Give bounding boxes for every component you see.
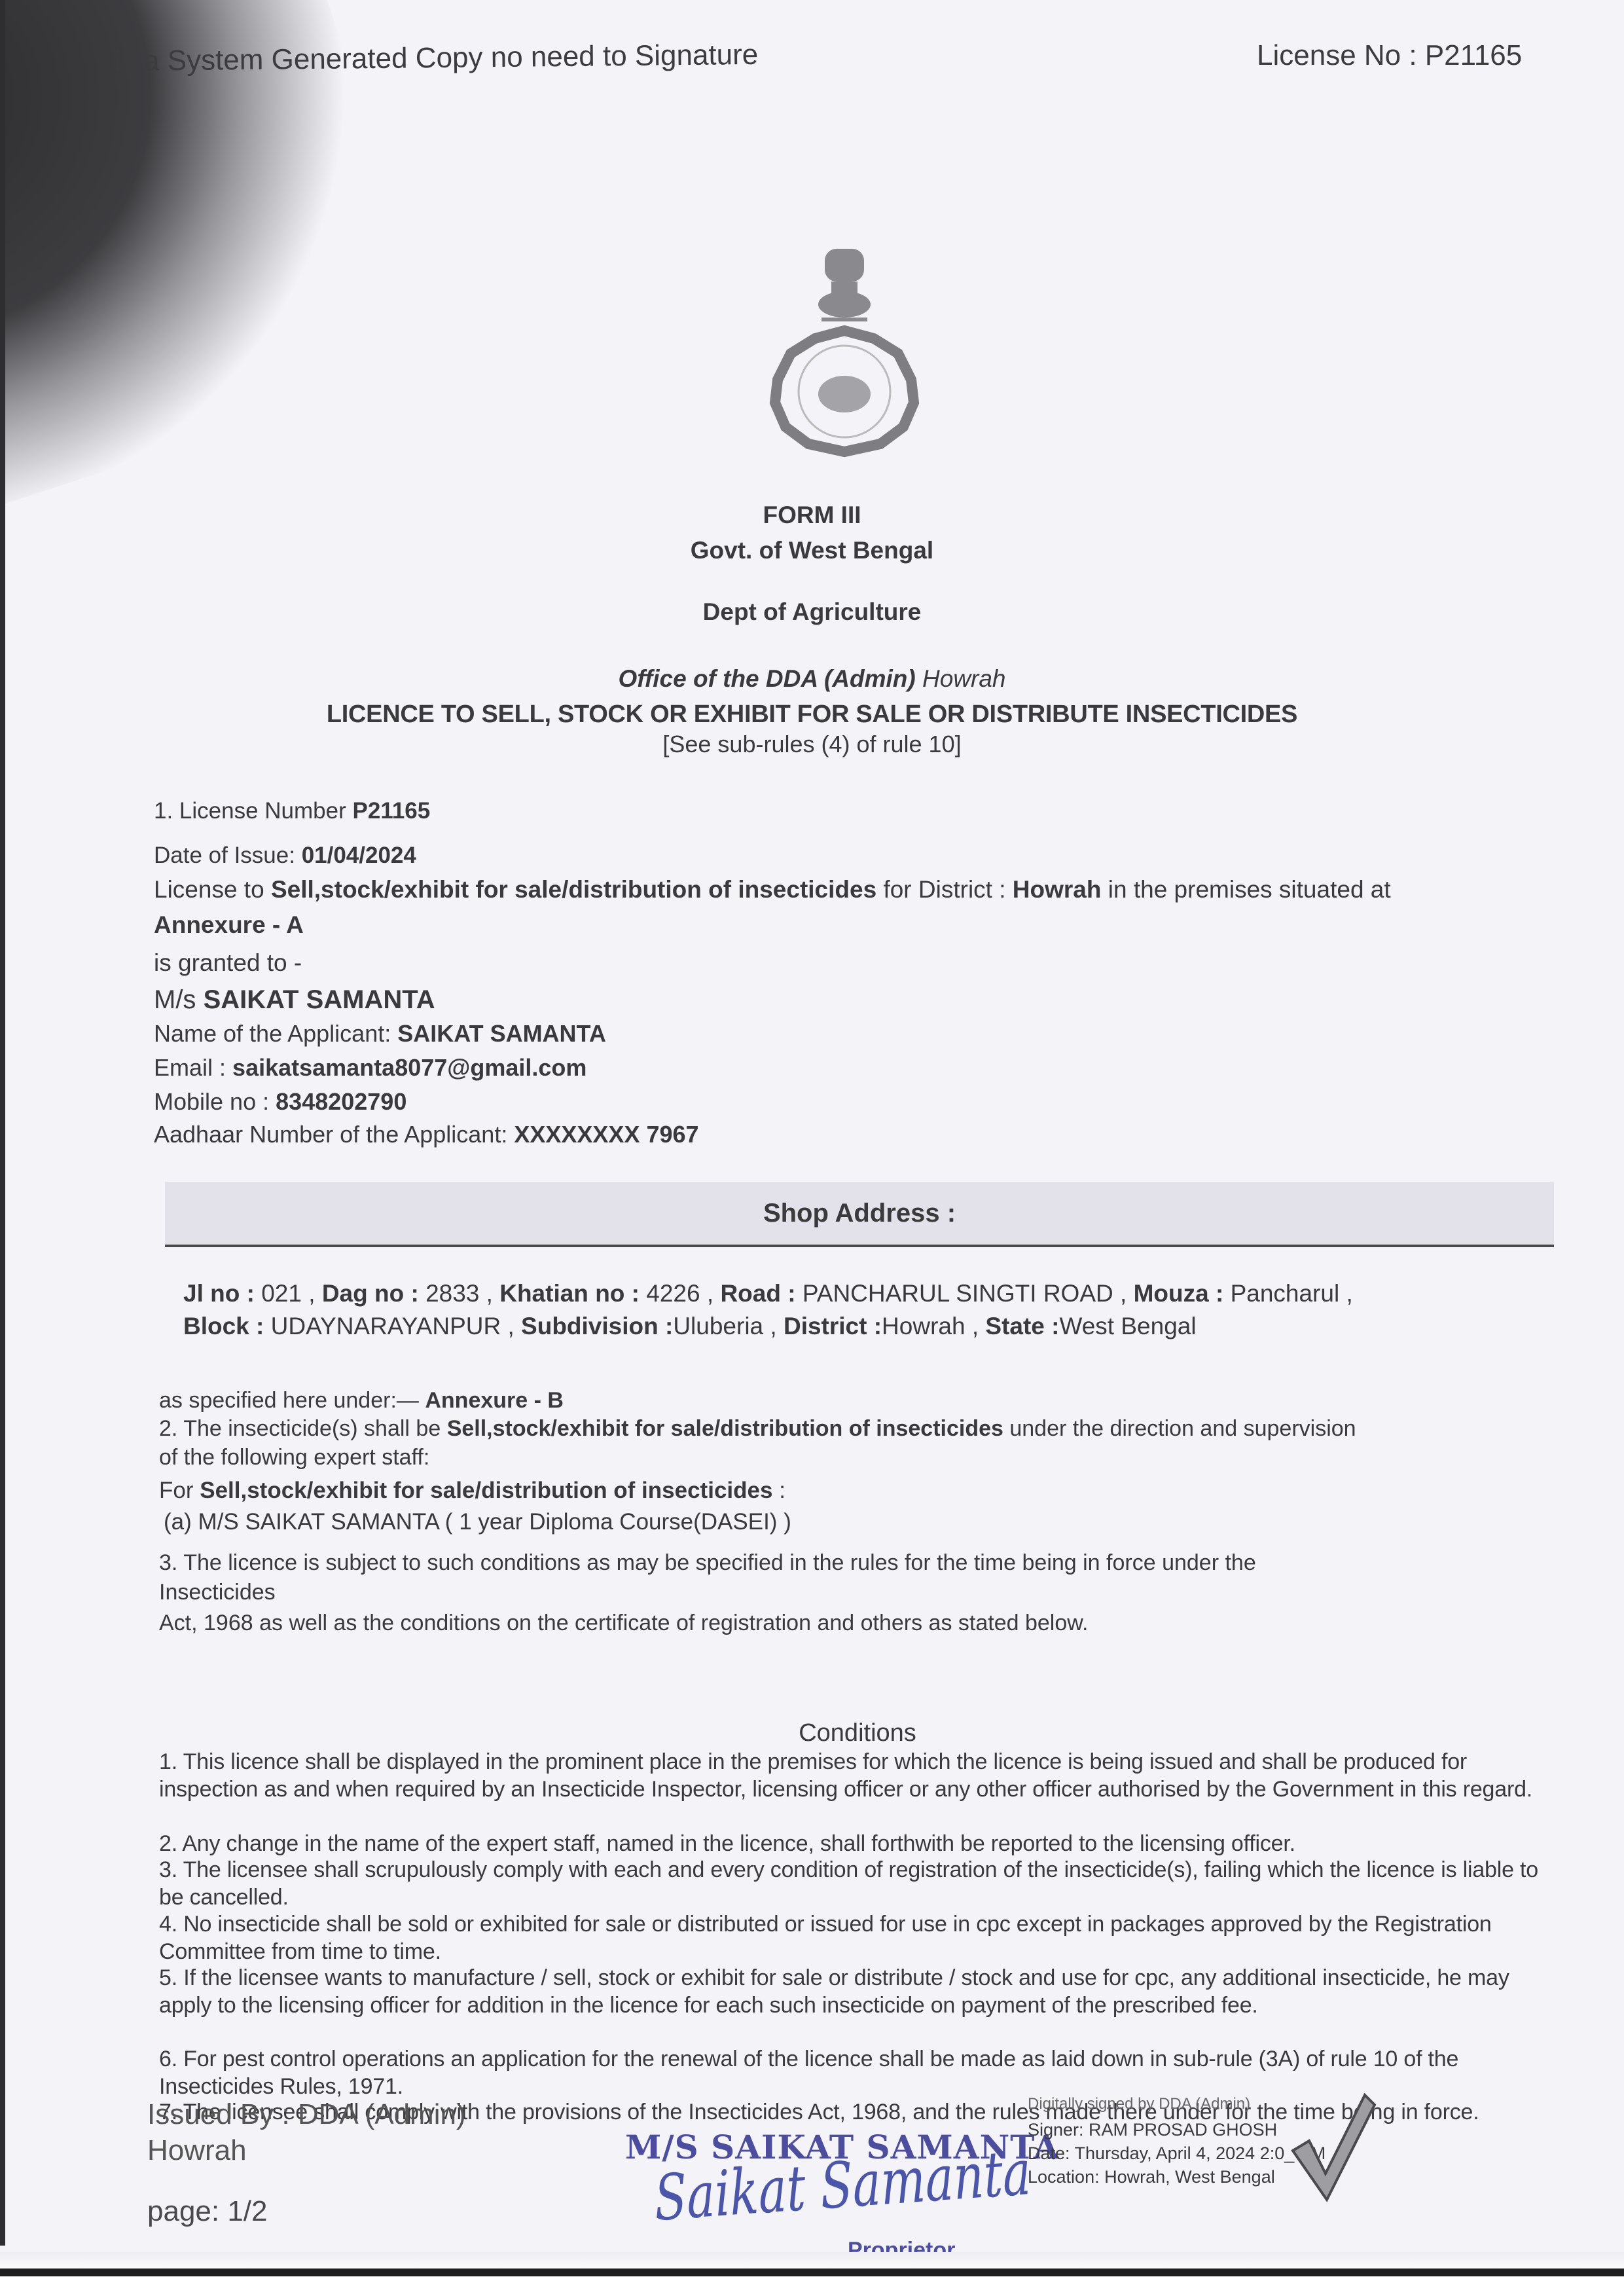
issue-date-line: Date of Issue: 01/04/2024 <box>154 843 416 869</box>
signature-date: Date: Thursday, April 4, 2024 2:0_ PM <box>1028 2143 1326 2164</box>
license-purpose-line: License to Sell,stock/exhibit for sale/d… <box>154 876 1391 903</box>
condition-5: 5. If the licensee wants to manufacture … <box>159 1964 1560 2019</box>
signer-name: Signer: RAM PROSAD GHOSH <box>1028 2120 1277 2140</box>
office-name: Office of the DDA (Admin) Howrah <box>0 665 1624 693</box>
shop-address-header: Shop Address : <box>165 1182 1554 1247</box>
license-no-label: License No : <box>1257 39 1417 71</box>
page-fold <box>0 2252 1624 2269</box>
firm-name-line: M/s SAIKAT SAMANTA <box>154 985 435 1015</box>
email-line: Email : saikatsamanta8077@gmail.com <box>154 1054 586 1082</box>
condition-3: 3. The licensee shall scrupulously compl… <box>159 1856 1560 1911</box>
section-3-line-3: Act, 1968 as well as the conditions on t… <box>159 1611 1088 1636</box>
mobile-line: Mobile no : 8348202790 <box>154 1088 406 1116</box>
page-number: page: 1/2 <box>147 2195 268 2228</box>
scan-edge-bottom <box>0 2269 1624 2276</box>
section-3-line-1: 3. The licence is subject to such condit… <box>159 1550 1256 1576</box>
scan-edge-left <box>0 0 5 2246</box>
annexure-b-line: as specified here under:— Annexure - B <box>159 1388 564 1413</box>
issued-by: Issued By : DDA (Admin) <box>147 2098 466 2131</box>
form-title: FORM III <box>0 501 1624 529</box>
scan-margin <box>0 2276 1624 2296</box>
system-generated-note: is a System Generated Copy no need to Si… <box>115 39 759 78</box>
granted-to: is granted to - <box>154 949 302 977</box>
shop-address-line-1: Jl no : 021 , Dag no : 2833 , Khatian no… <box>183 1280 1353 1307</box>
scan-shadow <box>0 0 444 527</box>
aadhaar-line: Aadhaar Number of the Applicant: XXXXXXX… <box>154 1121 699 1148</box>
annexure-a: Annexure - A <box>154 911 304 939</box>
condition-1: 1. This licence shall be displayed in th… <box>159 1748 1560 1803</box>
section-2-line-2: of the following expert staff: <box>159 1445 429 1470</box>
header-license-number: License No : P21165 <box>1257 39 1522 72</box>
section-2-for-line: For Sell,stock/exhibit for sale/distribu… <box>159 1478 785 1504</box>
condition-4: 4. No insecticide shall be sold or exhib… <box>159 1910 1560 1965</box>
shop-address-line-2: Block : UDAYNARAYANPUR , Subdivision :Ul… <box>183 1313 1197 1340</box>
conditions-heading: Conditions <box>0 1719 1624 1747</box>
license-number-line: 1. License Number P21165 <box>154 798 430 824</box>
digitally-signed-by: Digitally signed by DDA (Admin) <box>1028 2095 1250 2113</box>
applicant-name-line: Name of the Applicant: SAIKAT SAMANTA <box>154 1020 606 1048</box>
govt-name: Govt. of West Bengal <box>0 537 1624 564</box>
section-2-line-1: 2. The insecticide(s) shall be Sell,stoc… <box>159 1416 1356 1442</box>
govt-emblem-icon <box>740 242 949 465</box>
section-3-line-2: Insecticides <box>159 1580 276 1605</box>
license-no-value: P21165 <box>1425 39 1522 71</box>
licence-title: LICENCE TO SELL, STOCK OR EXHIBIT FOR SA… <box>0 701 1624 729</box>
check-mark-icon <box>1286 2092 1378 2203</box>
condition-2: 2. Any change in the name of the expert … <box>159 1830 1560 1857</box>
dept-name: Dept of Agriculture <box>0 598 1624 626</box>
expert-staff: (a) M/S SAIKAT SAMANTA ( 1 year Diploma … <box>164 1509 791 1535</box>
signature-location: Location: Howrah, West Bengal <box>1028 2167 1275 2187</box>
subrule-reference: [See sub-rules (4) of rule 10] <box>0 731 1624 758</box>
issued-place: Howrah <box>147 2134 247 2167</box>
